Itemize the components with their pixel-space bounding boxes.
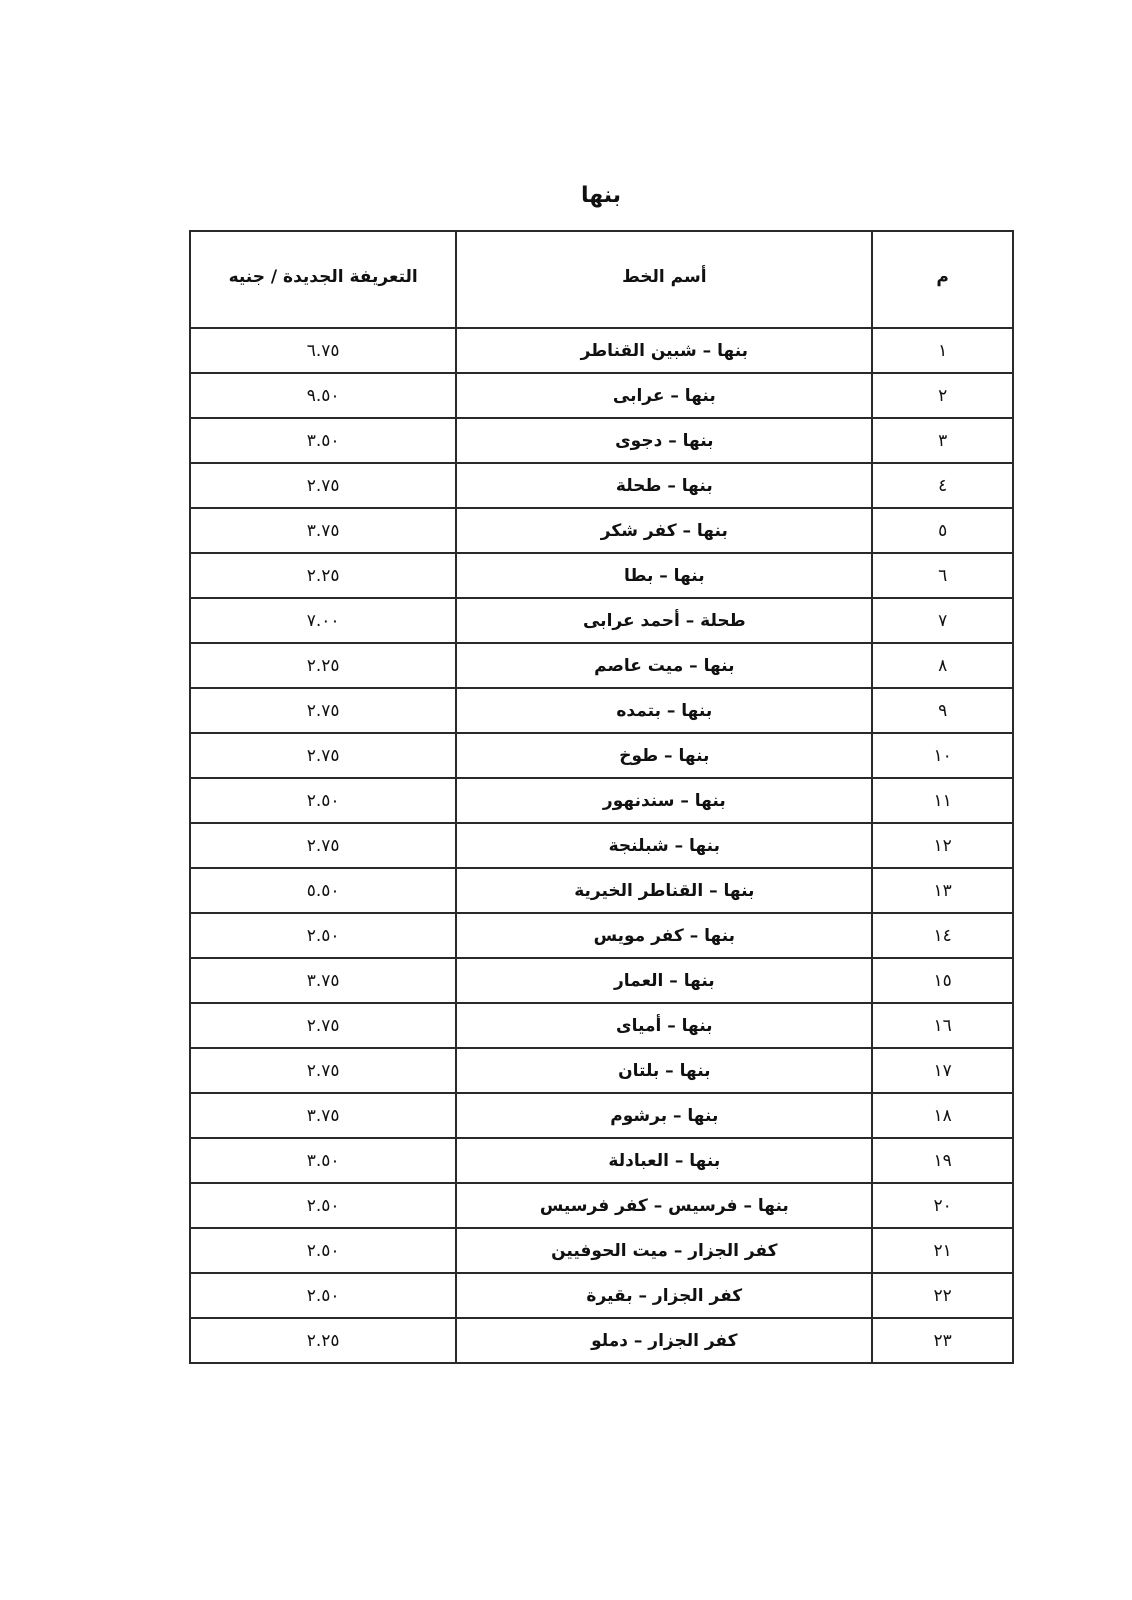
row-line-name: بنها – فرسيس – كفر فرسيس xyxy=(456,1183,872,1228)
row-line-name: بنها – طحلة xyxy=(456,463,872,508)
row-line-name: بنها – القناطر الخيرية xyxy=(456,868,872,913)
row-number: ٣ xyxy=(872,418,1013,463)
row-fare: ٧.٠٠ xyxy=(190,598,456,643)
row-line-name: كفر الجزار – ميت الحوفيين xyxy=(456,1228,872,1273)
row-number: ١٠ xyxy=(872,733,1013,778)
table-row: ٨بنها – ميت عاصم٢.٢٥ xyxy=(190,643,1013,688)
row-fare: ٣.٥٠ xyxy=(190,418,456,463)
table-row: ٢١كفر الجزار – ميت الحوفيين٢.٥٠ xyxy=(190,1228,1013,1273)
table-row: ١٥بنها – العمار٣.٧٥ xyxy=(190,958,1013,1003)
row-line-name: كفر الجزار – بقيرة xyxy=(456,1273,872,1318)
row-fare: ٣.٥٠ xyxy=(190,1138,456,1183)
row-number: ١٦ xyxy=(872,1003,1013,1048)
header-number: م xyxy=(872,231,1013,328)
row-line-name: بنها – بلتان xyxy=(456,1048,872,1093)
row-number: ٢٢ xyxy=(872,1273,1013,1318)
table-row: ٤بنها – طحلة٢.٧٥ xyxy=(190,463,1013,508)
table-row: ١٤بنها – كفر مويس٢.٥٠ xyxy=(190,913,1013,958)
row-fare: ٢.٢٥ xyxy=(190,553,456,598)
row-line-name: بنها – سندنهور xyxy=(456,778,872,823)
row-number: ١ xyxy=(872,328,1013,373)
table-row: ١٦بنها – أمياى٢.٧٥ xyxy=(190,1003,1013,1048)
row-fare: ٢.٧٥ xyxy=(190,733,456,778)
row-fare: ٢.٥٠ xyxy=(190,913,456,958)
row-line-name: بنها – دجوى xyxy=(456,418,872,463)
table-row: ٢بنها – عرابى٩.٥٠ xyxy=(190,373,1013,418)
row-line-name: بنها – طوخ xyxy=(456,733,872,778)
row-fare: ٢.٧٥ xyxy=(190,463,456,508)
fare-table: م أسم الخط التعريفة الجديدة / جنيه ١بنها… xyxy=(189,230,1014,1364)
row-number: ٩ xyxy=(872,688,1013,733)
row-fare: ٩.٥٠ xyxy=(190,373,456,418)
row-fare: ٢.٢٥ xyxy=(190,1318,456,1363)
row-fare: ٢.٧٥ xyxy=(190,1003,456,1048)
row-fare: ٢.٥٠ xyxy=(190,1273,456,1318)
row-number: ١٥ xyxy=(872,958,1013,1003)
row-number: ١٩ xyxy=(872,1138,1013,1183)
table-body: ١بنها – شبين القناطر٦.٧٥ ٢بنها – عرابى٩.… xyxy=(190,328,1013,1363)
row-fare: ٦.٧٥ xyxy=(190,328,456,373)
row-number: ١٣ xyxy=(872,868,1013,913)
table-row: ٣بنها – دجوى٣.٥٠ xyxy=(190,418,1013,463)
row-number: ١٧ xyxy=(872,1048,1013,1093)
row-number: ٧ xyxy=(872,598,1013,643)
row-fare: ٣.٧٥ xyxy=(190,1093,456,1138)
row-number: ٥ xyxy=(872,508,1013,553)
table-row: ١٩بنها – العبادلة٣.٥٠ xyxy=(190,1138,1013,1183)
row-fare: ٢.٧٥ xyxy=(190,688,456,733)
row-number: ٢٣ xyxy=(872,1318,1013,1363)
table-row: ١٨بنها – برشوم٣.٧٥ xyxy=(190,1093,1013,1138)
row-number: ٨ xyxy=(872,643,1013,688)
row-line-name: بنها – العبادلة xyxy=(456,1138,872,1183)
row-number: ٢ xyxy=(872,373,1013,418)
row-line-name: بنها – شبين القناطر xyxy=(456,328,872,373)
row-fare: ٢.٢٥ xyxy=(190,643,456,688)
table-row: ٢٢كفر الجزار – بقيرة٢.٥٠ xyxy=(190,1273,1013,1318)
table-row: ١١بنها – سندنهور٢.٥٠ xyxy=(190,778,1013,823)
header-new-fare: التعريفة الجديدة / جنيه xyxy=(190,231,456,328)
table-row: ١بنها – شبين القناطر٦.٧٥ xyxy=(190,328,1013,373)
table-row: ١٠بنها – طوخ٢.٧٥ xyxy=(190,733,1013,778)
table-row: ٧طحلة – أحمد عرابى٧.٠٠ xyxy=(190,598,1013,643)
row-fare: ٢.٥٠ xyxy=(190,778,456,823)
row-fare: ٢.٥٠ xyxy=(190,1228,456,1273)
header-line-name: أسم الخط xyxy=(456,231,872,328)
row-line-name: طحلة – أحمد عرابى xyxy=(456,598,872,643)
row-fare: ٥.٥٠ xyxy=(190,868,456,913)
row-fare: ٢.٧٥ xyxy=(190,1048,456,1093)
row-fare: ٣.٧٥ xyxy=(190,958,456,1003)
table-row: ١٢بنها – شبلنجة٢.٧٥ xyxy=(190,823,1013,868)
row-line-name: كفر الجزار – دملو xyxy=(456,1318,872,1363)
table-row: ٢٣كفر الجزار – دملو٢.٢٥ xyxy=(190,1318,1013,1363)
row-number: ١٨ xyxy=(872,1093,1013,1138)
row-number: ٤ xyxy=(872,463,1013,508)
row-fare: ٢.٥٠ xyxy=(190,1183,456,1228)
page-title: بنها xyxy=(0,183,1132,208)
table-row: ٦بنها – بطا٢.٢٥ xyxy=(190,553,1013,598)
table-row: ٩بنها – بتمده٢.٧٥ xyxy=(190,688,1013,733)
table-header-row: م أسم الخط التعريفة الجديدة / جنيه xyxy=(190,231,1013,328)
row-line-name: بنها – كفر شكر xyxy=(456,508,872,553)
row-number: ١٤ xyxy=(872,913,1013,958)
row-number: ٢١ xyxy=(872,1228,1013,1273)
row-line-name: بنها – ميت عاصم xyxy=(456,643,872,688)
row-line-name: بنها – برشوم xyxy=(456,1093,872,1138)
row-line-name: بنها – بطا xyxy=(456,553,872,598)
row-line-name: بنها – بتمده xyxy=(456,688,872,733)
row-line-name: بنها – العمار xyxy=(456,958,872,1003)
row-line-name: بنها – أمياى xyxy=(456,1003,872,1048)
row-fare: ٢.٧٥ xyxy=(190,823,456,868)
row-line-name: بنها – كفر مويس xyxy=(456,913,872,958)
table-row: ٥بنها – كفر شكر٣.٧٥ xyxy=(190,508,1013,553)
table-row: ٢٠بنها – فرسيس – كفر فرسيس٢.٥٠ xyxy=(190,1183,1013,1228)
row-fare: ٣.٧٥ xyxy=(190,508,456,553)
row-line-name: بنها – عرابى xyxy=(456,373,872,418)
row-number: ١٢ xyxy=(872,823,1013,868)
table-row: ١٣بنها – القناطر الخيرية٥.٥٠ xyxy=(190,868,1013,913)
row-number: ٦ xyxy=(872,553,1013,598)
row-number: ٢٠ xyxy=(872,1183,1013,1228)
row-number: ١١ xyxy=(872,778,1013,823)
table-row: ١٧بنها – بلتان٢.٧٥ xyxy=(190,1048,1013,1093)
row-line-name: بنها – شبلنجة xyxy=(456,823,872,868)
